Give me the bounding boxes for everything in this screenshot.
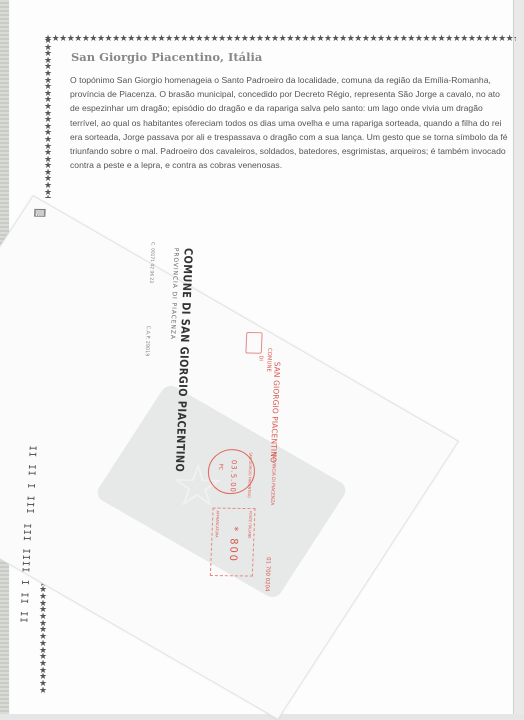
star-border-left: ★★★★★★★★★★★★★★★★★★★★★★★★★★ [44,38,54,198]
sender-block: COMUNE DI SAN GIORGIO PIACENTINO PROVINC… [139,248,195,473]
meter-value: * 800 [227,526,240,563]
scanner-edge-right [513,0,524,720]
franking-comune: COMUNE [265,348,272,372]
document-title: San Giorgio Piacentino, Itália [71,50,262,64]
franking-di: DI [257,356,263,361]
meter-label: POSTE ITALIANE [247,511,252,538]
scanned-page: ★★★★★★★★★★★★★★★★★★★★★★★★★★★★★★★★★★★★★★★★… [0,0,524,720]
document-paragraph: O topónimo San Giorgio homenageia o Sant… [70,73,510,172]
postmark-date: 03.5.00 [229,460,239,493]
coat-of-arms-icon [245,332,262,354]
postmark-code: PC [217,464,223,470]
postmark: SAN GIORGIO PIACENTINO 03.5.00 PC [207,449,256,495]
scanner-edge-bottom [0,714,524,720]
barcode-mark-icon [34,209,46,217]
meter-label-2: AFFRANCATURA [214,511,219,538]
star-border-top: ★★★★★★★★★★★★★★★★★★★★★★★★★★★★★★★★★★★★★★★★… [44,34,516,44]
meter-stamp: POSTE ITALIANE * 800 AFFRANCATURA [210,508,256,577]
